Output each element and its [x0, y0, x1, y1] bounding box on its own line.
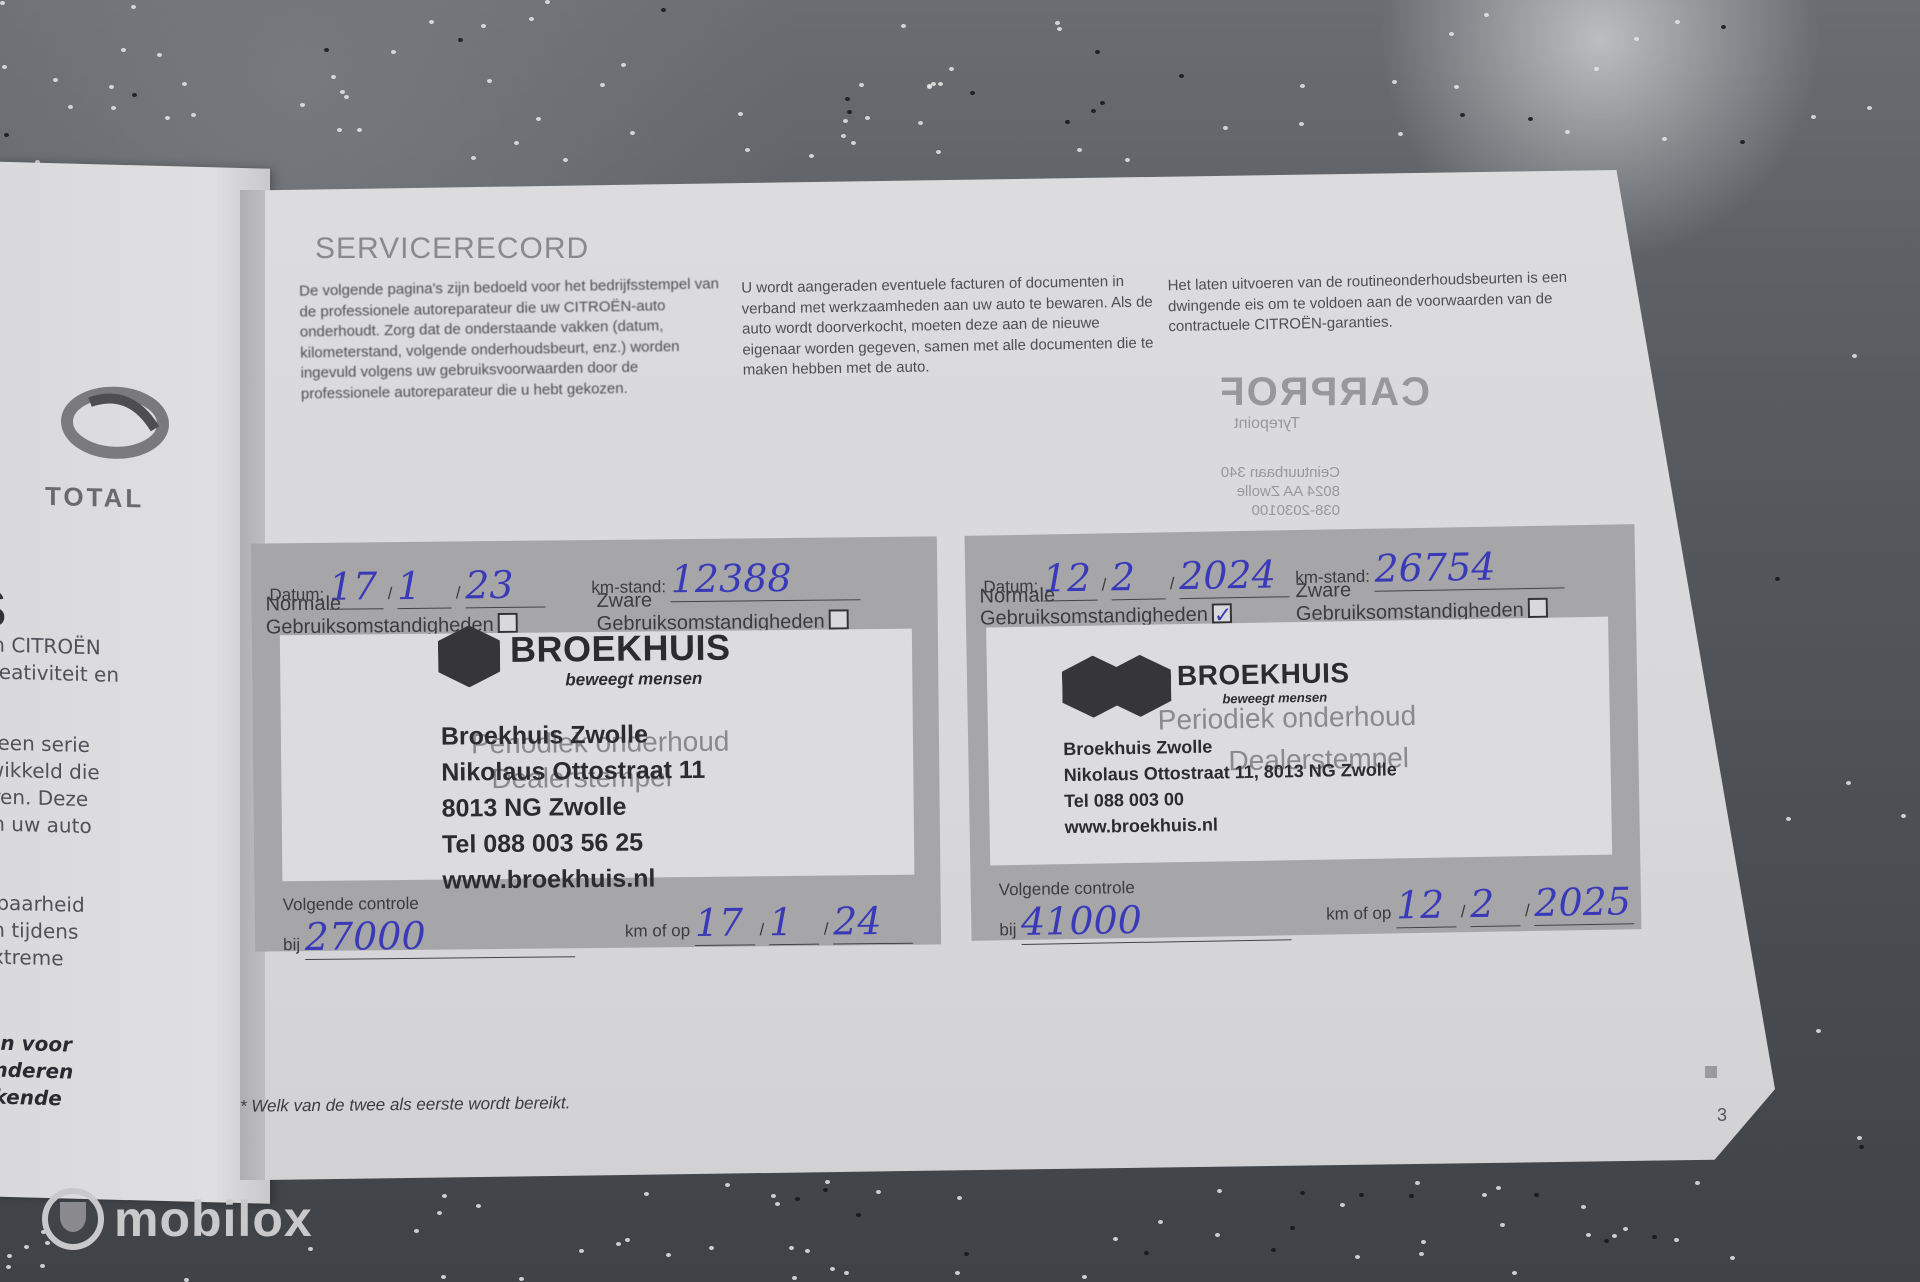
service-entry-2: Datum: 12 / 2 / 2024 km-stand: 26754 Nor…	[965, 524, 1642, 941]
speckle	[1359, 1193, 1364, 1197]
next-date-month[interactable]: 2	[1470, 881, 1521, 927]
stamp-line: 8013 NG Zwolle	[441, 788, 705, 827]
speckle	[1500, 1223, 1505, 1227]
stamp-line: Tel 088 003 56 25	[442, 824, 706, 863]
speckle	[830, 1267, 835, 1271]
speckle	[337, 128, 342, 132]
speckle	[1512, 1271, 1517, 1275]
speckle	[1095, 50, 1100, 54]
stamp-brand: BROEKHUIS	[1177, 657, 1350, 692]
speckle	[1859, 1145, 1864, 1149]
text-line: wbaarheid	[0, 889, 85, 919]
dealer-stamp: BROEKHUIS beweegt mensen	[1177, 657, 1350, 707]
service-entry-1: Datum: 17 / 1 / 23 km-stand: 12388 Norma…	[251, 536, 941, 951]
normal-label: Normale	[265, 591, 517, 616]
km-or-on-label: km of op	[625, 921, 690, 941]
speckle	[1125, 158, 1130, 162]
speckle	[344, 95, 349, 99]
speckle	[600, 83, 605, 87]
next-km-value[interactable]: 41000	[1021, 895, 1292, 945]
speckle	[2, 65, 7, 69]
speckle	[1695, 1181, 1700, 1185]
intro-column-3: Het laten uitvoeren van de routineonderh…	[1167, 268, 1568, 338]
text-line: twikkeld die	[0, 756, 100, 786]
at-label: bij	[999, 920, 1016, 939]
speckle	[957, 1196, 962, 1200]
speckle	[1786, 817, 1791, 821]
speckle	[661, 8, 666, 12]
speckle	[1852, 354, 1857, 358]
speckle	[481, 24, 486, 28]
stamp-tagline: beweegt mensen	[565, 669, 731, 691]
speckle	[471, 156, 476, 160]
speckle	[1534, 1193, 1539, 1197]
speckle	[851, 141, 856, 145]
text-line: oren. Deze	[0, 783, 100, 813]
at-label: bij	[283, 935, 300, 954]
speckle	[1652, 1235, 1657, 1239]
speckle	[7, 1254, 12, 1258]
speckle	[1223, 126, 1228, 130]
normal-conditions[interactable]: Normale Gebruiksomstandigheden✓	[979, 581, 1232, 629]
speckle	[109, 85, 114, 89]
next-check-label-group: Volgende controle bij 41000	[999, 875, 1292, 945]
speckle	[901, 24, 906, 28]
speckle	[1901, 814, 1906, 818]
speckle	[856, 1213, 861, 1217]
speckle	[331, 75, 336, 79]
stamp-tagline: beweegt mensen	[1222, 689, 1350, 706]
speckle	[1340, 1203, 1345, 1207]
speckle	[1215, 1233, 1220, 1237]
text-line: creativiteit en	[0, 658, 119, 689]
speckle	[1055, 21, 1060, 25]
left-booklet-page: TOTAL S en CITROËN creativiteit en L een…	[0, 161, 270, 1204]
speckle	[24, 1245, 29, 1249]
speckle	[1581, 1205, 1586, 1209]
speckle	[709, 1246, 714, 1250]
speckle	[745, 148, 750, 152]
speckle	[1586, 1233, 1591, 1237]
text-line: en tijdens	[0, 916, 85, 946]
speckle	[1846, 781, 1851, 785]
speckle	[918, 121, 923, 125]
speckle	[391, 50, 396, 54]
speckle	[1158, 1220, 1163, 1224]
speckle	[1065, 120, 1070, 124]
speckle	[1496, 1186, 1501, 1190]
speckle	[300, 103, 305, 107]
heavy-label: Zware	[596, 587, 848, 612]
text-line: ekende	[0, 1083, 73, 1112]
dealer-address: Broekhuis ZwolleNikolaus Ottostraat 1180…	[441, 716, 707, 899]
page-number: 3	[1717, 1105, 1727, 1126]
speckle	[789, 1246, 794, 1250]
left-paragraph-3: wbaarheid en tijdens extreme	[0, 889, 85, 973]
speckle	[442, 1194, 447, 1198]
text-line: anderen	[0, 1056, 73, 1085]
speckle	[1565, 130, 1570, 134]
speckle	[630, 131, 635, 135]
speckle	[859, 83, 864, 87]
speckle	[191, 113, 196, 117]
speckle	[1271, 1248, 1276, 1252]
speckle	[414, 1229, 419, 1233]
km-or-on-label: km of op	[1326, 903, 1392, 923]
speckle	[1091, 109, 1096, 113]
speckle	[809, 154, 814, 158]
bleedthrough-sub: Tyrepoint	[1100, 415, 1300, 433]
speckle	[792, 1276, 797, 1280]
speckle	[1867, 106, 1872, 110]
speckle	[184, 1278, 189, 1282]
speckle	[1730, 1256, 1735, 1260]
speckle	[1674, 1238, 1679, 1242]
speckle	[545, 0, 550, 4]
bleedthrough-address: Ceintuurbaan 340 8024 AA Zwolle 038-2030…	[1100, 463, 1340, 520]
address-line: 8024 AA Zwolle	[1100, 482, 1340, 501]
text-line: len voor	[0, 1029, 73, 1058]
intro-column-1: De volgende pagina's zijn bedoeld voor h…	[299, 274, 721, 404]
speckle	[40, 1264, 45, 1268]
speckle	[955, 1271, 960, 1275]
speckle	[53, 78, 58, 82]
speckle	[429, 20, 434, 24]
next-date-day[interactable]: 12	[1396, 882, 1457, 928]
speckle	[1299, 122, 1304, 126]
speckle	[1415, 1181, 1420, 1185]
mobilox-logo-icon	[42, 1188, 104, 1250]
speckle	[843, 119, 848, 123]
left-paragraph-4: len voor anderen ekende	[0, 1029, 73, 1112]
speckle	[0, 1, 5, 5]
broekhuis-logo-icon	[438, 625, 501, 688]
left-paragraph-2: L een serie twikkeld die oren. Deze an u…	[0, 729, 100, 840]
speckle	[847, 110, 852, 114]
next-date-day[interactable]: 17	[695, 900, 755, 946]
speckle	[1482, 1193, 1487, 1197]
speckle	[476, 1204, 481, 1208]
speckle	[1775, 577, 1780, 581]
watermark-text: mobilox	[114, 1190, 313, 1248]
speckle	[132, 93, 137, 97]
speckle	[616, 1242, 621, 1246]
speckle	[536, 117, 541, 121]
footnote: * Welk van de twee als eerste wordt bere…	[240, 1093, 571, 1116]
speckle	[1421, 1240, 1426, 1244]
speckle	[437, 1211, 442, 1215]
text-line: en CITROËN	[0, 631, 119, 662]
speckle	[1300, 84, 1305, 88]
total-logo-text: TOTAL	[45, 481, 144, 515]
speckle	[823, 1188, 828, 1192]
speckle	[1528, 117, 1533, 121]
speckle	[121, 48, 126, 52]
speckle	[1355, 1255, 1360, 1259]
speckle	[1454, 85, 1459, 89]
speckle	[1100, 101, 1105, 105]
speckle	[1179, 74, 1184, 78]
bleedthrough-brand: CARPROF	[1100, 370, 1430, 415]
speckle	[644, 1192, 649, 1196]
speckle	[625, 1238, 630, 1242]
speckle	[4, 133, 9, 137]
speckle	[165, 116, 170, 120]
speckle	[1300, 1191, 1305, 1195]
address-line: 038-2030100	[1100, 501, 1340, 520]
speckle	[563, 158, 568, 162]
heavy-checkbox[interactable]	[1528, 598, 1548, 618]
speckle	[1449, 32, 1454, 36]
stamp-brand: BROEKHUIS	[510, 627, 731, 671]
speckle	[927, 85, 932, 89]
stamp-line: www.broekhuis.nl	[1064, 808, 1398, 840]
speckle	[131, 5, 136, 9]
speckle	[845, 97, 850, 101]
speckle	[579, 1249, 584, 1253]
text-line: L een serie	[0, 729, 100, 759]
speckle	[1816, 1029, 1821, 1033]
next-check-label-group: Volgende controle bij 27000	[283, 892, 575, 960]
speckle	[725, 1183, 730, 1187]
next-date-year[interactable]: 2025	[1534, 879, 1635, 926]
speckle	[529, 17, 534, 21]
total-logo-icon	[60, 381, 170, 464]
speckle	[771, 1194, 776, 1198]
bleedthrough-stamp: CARPROF Tyrepoint Ceintuurbaan 340 8024 …	[1100, 370, 1430, 520]
page-title: SERVICERECORD	[315, 232, 589, 266]
speckle	[324, 48, 329, 52]
speckle	[1721, 25, 1726, 29]
speckle	[1419, 1252, 1424, 1256]
speckle	[1740, 140, 1745, 144]
speckle	[1057, 27, 1062, 31]
speckle	[487, 79, 492, 83]
speckle	[938, 82, 943, 86]
speckle	[865, 116, 870, 120]
speckle	[1082, 1275, 1087, 1279]
speckle	[6, 1265, 11, 1269]
address-line: Ceintuurbaan 340	[1100, 463, 1340, 482]
speckle	[182, 82, 187, 86]
speckle	[519, 1277, 524, 1281]
speckle	[1217, 1189, 1222, 1193]
next-date-field[interactable]: km of op 12 / 2 / 2025	[1326, 879, 1635, 929]
speckle	[1662, 137, 1667, 141]
speckle	[514, 141, 519, 145]
speckle	[1113, 1237, 1118, 1241]
speckle	[1398, 132, 1403, 136]
speckle	[68, 105, 73, 109]
speckle	[458, 38, 463, 42]
speckle	[805, 1249, 810, 1253]
left-paragraph-1: en CITROËN creativiteit en	[0, 631, 119, 689]
speckle	[1634, 37, 1639, 41]
speckle	[357, 128, 362, 132]
dealer-stamp-area: Periodiek onderhoud Dealerstempel BROEKH…	[280, 629, 915, 882]
dealer-stamp-area: Periodiek onderhoud Dealerstempel BROEKH…	[986, 617, 1612, 866]
stamp-line: Nikolaus Ottostraat 11	[441, 752, 705, 791]
text-line: an uw auto	[0, 810, 100, 840]
speckle	[1392, 80, 1397, 84]
speckle	[1144, 1251, 1149, 1255]
next-date-month[interactable]: 1	[769, 900, 819, 946]
speckle	[1290, 1226, 1295, 1230]
normal-checkbox[interactable]: ✓	[1212, 603, 1232, 623]
text-line: extreme	[0, 943, 85, 973]
speckle	[1811, 115, 1816, 119]
speckle	[1857, 1136, 1862, 1140]
intro-column-2: U wordt aangeraden eventuele facturen of…	[741, 271, 1163, 381]
speckle	[340, 90, 345, 94]
speckle	[1484, 13, 1489, 17]
dealer-stamp: BROEKHUIS beweegt mensen	[510, 627, 731, 691]
speckle	[1604, 1239, 1609, 1243]
speckle	[1612, 1234, 1617, 1238]
speckle	[1675, 20, 1680, 24]
speckle	[157, 53, 162, 57]
speckle	[795, 1197, 800, 1201]
speckle	[1594, 67, 1599, 71]
speckle	[1077, 148, 1082, 152]
speckle	[970, 91, 975, 95]
speckle	[841, 134, 846, 138]
watermark: mobilox	[42, 1188, 313, 1250]
speckle	[936, 150, 941, 154]
speckle	[666, 1253, 671, 1257]
stamp-line: Broekhuis Zwolle	[441, 716, 705, 755]
page-marker	[1705, 1066, 1717, 1078]
speckle	[964, 1252, 969, 1256]
speckle	[775, 1202, 780, 1206]
next-km-value[interactable]: 27000	[305, 912, 575, 960]
speckle	[1623, 1227, 1628, 1231]
speckle	[621, 63, 626, 67]
speckle	[825, 1180, 830, 1184]
speckle	[876, 1190, 881, 1194]
next-date-year[interactable]: 24	[833, 899, 913, 945]
speckle	[738, 112, 743, 116]
heavy-checkbox[interactable]	[829, 609, 849, 629]
speckle	[844, 1271, 849, 1275]
speckle	[949, 67, 954, 71]
speckle	[1460, 113, 1465, 117]
speckle	[441, 1275, 446, 1279]
speckle	[111, 106, 116, 110]
speckle	[1409, 1194, 1414, 1198]
dealer-address: Broekhuis ZwolleNikolaus Ottostraat 11, …	[1063, 730, 1398, 840]
next-date-field[interactable]: km of op 17 / 1 / 24	[625, 899, 914, 947]
